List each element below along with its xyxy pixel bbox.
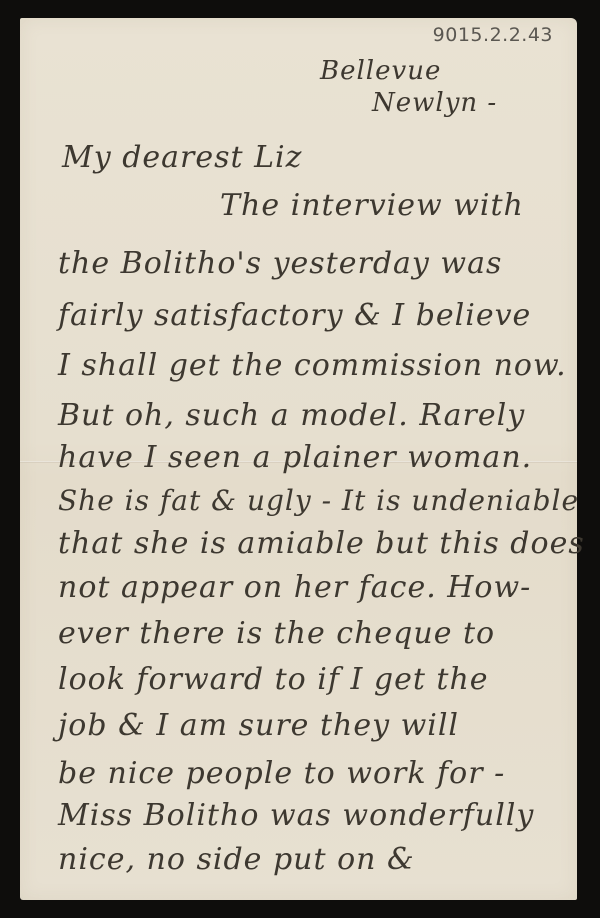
letter-line-14: Miss Bolitho was wonderfully <box>58 798 534 833</box>
letter-line-12: job & I am sure they will <box>58 708 459 743</box>
letter-line-6: have I seen a plainer woman. <box>58 440 532 475</box>
letter-line-4: I shall get the commission now. <box>58 348 567 383</box>
catalog-number: 9015.2.2.43 <box>433 24 553 46</box>
letter-line-11: look forward to if I get the <box>58 662 489 697</box>
salutation: My dearest Liz <box>62 140 302 175</box>
letter-page: 9015.2.2.43 Bellevue Newlyn - My dearest… <box>20 18 577 900</box>
letter-line-1: The interview with <box>220 188 524 223</box>
address-line-1: Bellevue <box>320 56 441 86</box>
letter-line-5: But oh, such a model. Rarely <box>58 398 525 433</box>
letter-line-13: be nice people to work for - <box>58 756 505 791</box>
letter-line-9: not appear on her face. How- <box>58 570 531 605</box>
letter-line-2: the Bolitho's yesterday was <box>58 246 502 281</box>
address-line-2: Newlyn - <box>372 88 497 118</box>
letter-line-8: that she is amiable but this does <box>58 526 585 561</box>
letter-line-7: She is fat & ugly - It is undeniable <box>58 484 579 517</box>
letter-line-3: fairly satisfactory & I believe <box>58 298 531 333</box>
letter-line-10: ever there is the cheque to <box>58 616 495 651</box>
letter-line-15: nice, no side put on & <box>58 842 415 877</box>
